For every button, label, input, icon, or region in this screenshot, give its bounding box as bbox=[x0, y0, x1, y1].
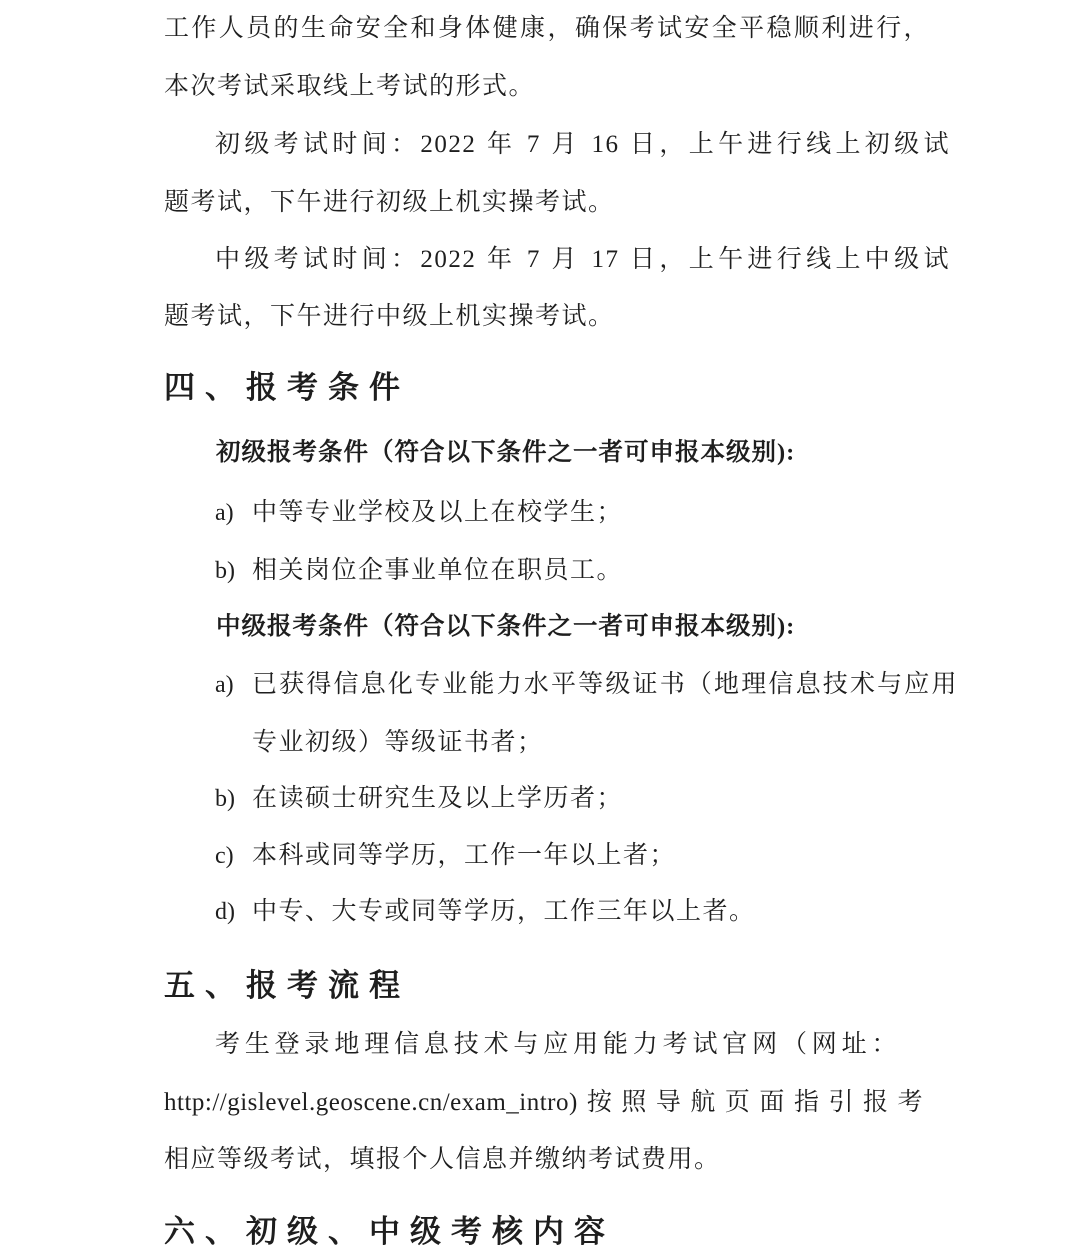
intermediate-item-d-marker: d) bbox=[215, 895, 235, 929]
junior-item-a-text: 中等专业学校及以上在校学生； bbox=[252, 496, 623, 530]
intermediate-exam-time-line-1: 中级考试时间：2022 年 7 月 17 日，上午进行线上中级试 bbox=[215, 243, 950, 283]
section5-line-3: 相应等级考试，填报个人信息并缴纳考试费用。 bbox=[164, 1143, 721, 1177]
intro-line-2: 本次考试采取线上考试的形式。 bbox=[164, 70, 535, 104]
section6-heading: 六、初级、中级考核内容 bbox=[164, 1212, 615, 1252]
intermediate-item-d-text: 中专、大专或同等学历，工作三年以上者。 bbox=[252, 895, 756, 929]
intro-line-1: 工作人员的生命安全和身体健康，确保考试安全平稳顺利进行， bbox=[164, 12, 930, 52]
intermediate-item-c-marker: c) bbox=[215, 839, 234, 873]
section4-heading: 四、报考条件 bbox=[164, 368, 410, 408]
junior-item-b-marker: b) bbox=[215, 554, 235, 588]
junior-conditions-subheading: 初级报考条件（符合以下条件之一者可申报本级别): bbox=[216, 436, 795, 470]
intermediate-item-a-marker: a) bbox=[215, 668, 234, 702]
section5-line-1: 考生登录地理信息技术与应用能力考试官网（网址： bbox=[215, 1028, 898, 1068]
intermediate-item-a-line-1: 已获得信息化专业能力水平等级证书（地理信息技术与应用 bbox=[252, 668, 958, 708]
section5-line-2-url: http://gislevel.geoscene.cn/exam_intro)按… bbox=[164, 1086, 923, 1126]
intermediate-conditions-subheading: 中级报考条件（符合以下条件之一者可申报本级别): bbox=[216, 610, 795, 644]
intermediate-item-b-marker: b) bbox=[215, 782, 235, 816]
document-page: 工作人员的生命安全和身体健康，确保考试安全平稳顺利进行， 本次考试采取线上考试的… bbox=[0, 0, 1080, 1255]
intermediate-item-a-line-2: 专业初级）等级证书者； bbox=[252, 726, 544, 760]
intermediate-item-b-text: 在读硕士研究生及以上学历者； bbox=[252, 782, 623, 816]
intermediate-item-c-text: 本科或同等学历，工作一年以上者； bbox=[252, 839, 676, 873]
section5-heading: 五、报考流程 bbox=[164, 966, 410, 1006]
junior-item-a-marker: a) bbox=[215, 496, 234, 530]
junior-exam-time-line-2: 题考试，下午进行初级上机实操考试。 bbox=[164, 186, 615, 220]
intermediate-exam-time-line-2: 题考试，下午进行中级上机实操考试。 bbox=[164, 300, 615, 334]
junior-item-b-text: 相关岗位企事业单位在职员工。 bbox=[252, 554, 623, 588]
junior-exam-time-line-1: 初级考试时间：2022 年 7 月 16 日，上午进行线上初级试 bbox=[215, 128, 950, 168]
